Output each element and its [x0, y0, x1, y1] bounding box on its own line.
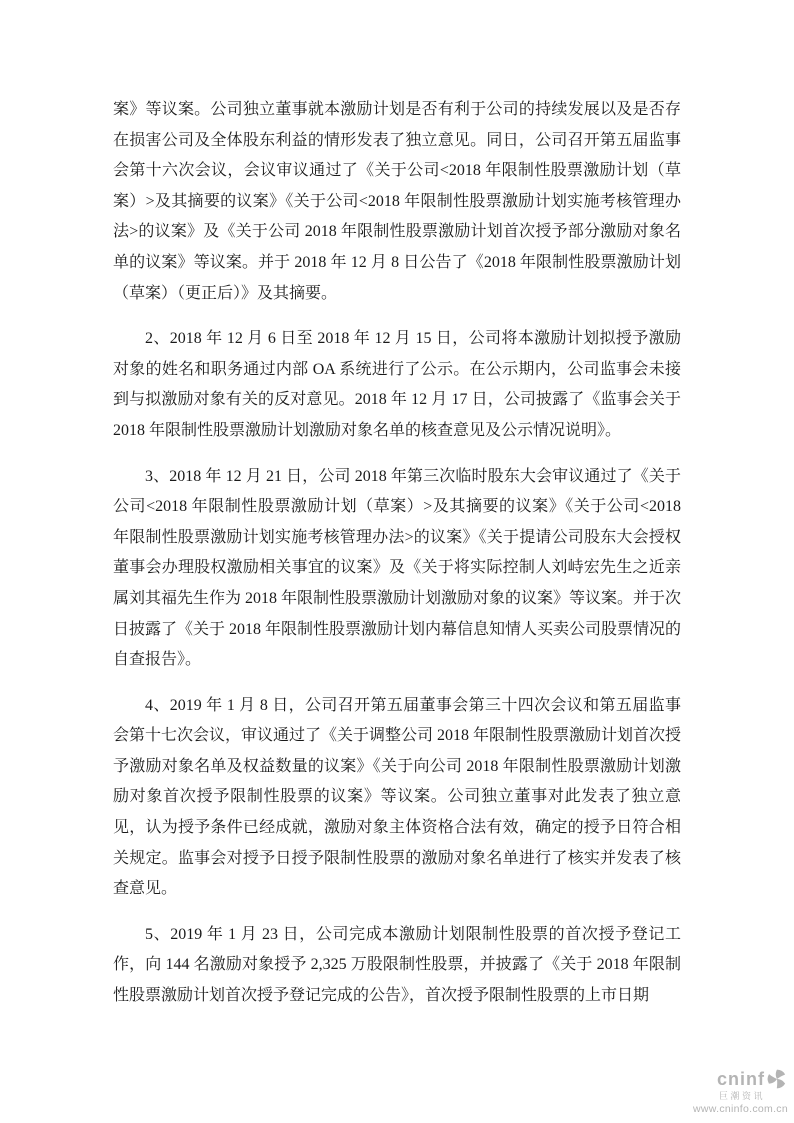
- cninfo-url: www.cninfo.com.cn: [693, 1104, 788, 1115]
- paragraph-item-3: 3、2018 年 12 月 21 日，公司 2018 年第三次临时股东大会审议通…: [113, 462, 681, 676]
- paragraph-item-5: 5、2019 年 1 月 23 日，公司完成本激励计划限制性股票的首次授予登记工…: [113, 920, 681, 1012]
- paragraph-item-4: 4、2019 年 1 月 8 日，公司召开第五届董事会第三十四次会议和第五届监事…: [113, 691, 681, 905]
- cninfo-brand-chinese: 巨潮资讯: [693, 1092, 788, 1101]
- cninfo-brand-text: cninf: [717, 1070, 765, 1088]
- paragraph-continuation: 案》等议案。公司独立董事就本激励计划是否有利于公司的持续发展以及是否存在损害公司…: [113, 95, 681, 309]
- paragraph-item-2: 2、2018 年 12 月 6 日至 2018 年 12 月 15 日，公司将本…: [113, 324, 681, 446]
- document-body: 案》等议案。公司独立董事就本激励计划是否有利于公司的持续发展以及是否存在损害公司…: [113, 95, 681, 1027]
- cninfo-watermark: cninf 巨潮资讯 www.cninfo.com.cn: [693, 1068, 788, 1115]
- cninfo-swirl-icon: [766, 1068, 788, 1090]
- cninfo-brand-row: cninf: [693, 1068, 788, 1090]
- document-page: 案》等议案。公司独立董事就本激励计划是否有利于公司的持续发展以及是否存在损害公司…: [0, 0, 794, 1123]
